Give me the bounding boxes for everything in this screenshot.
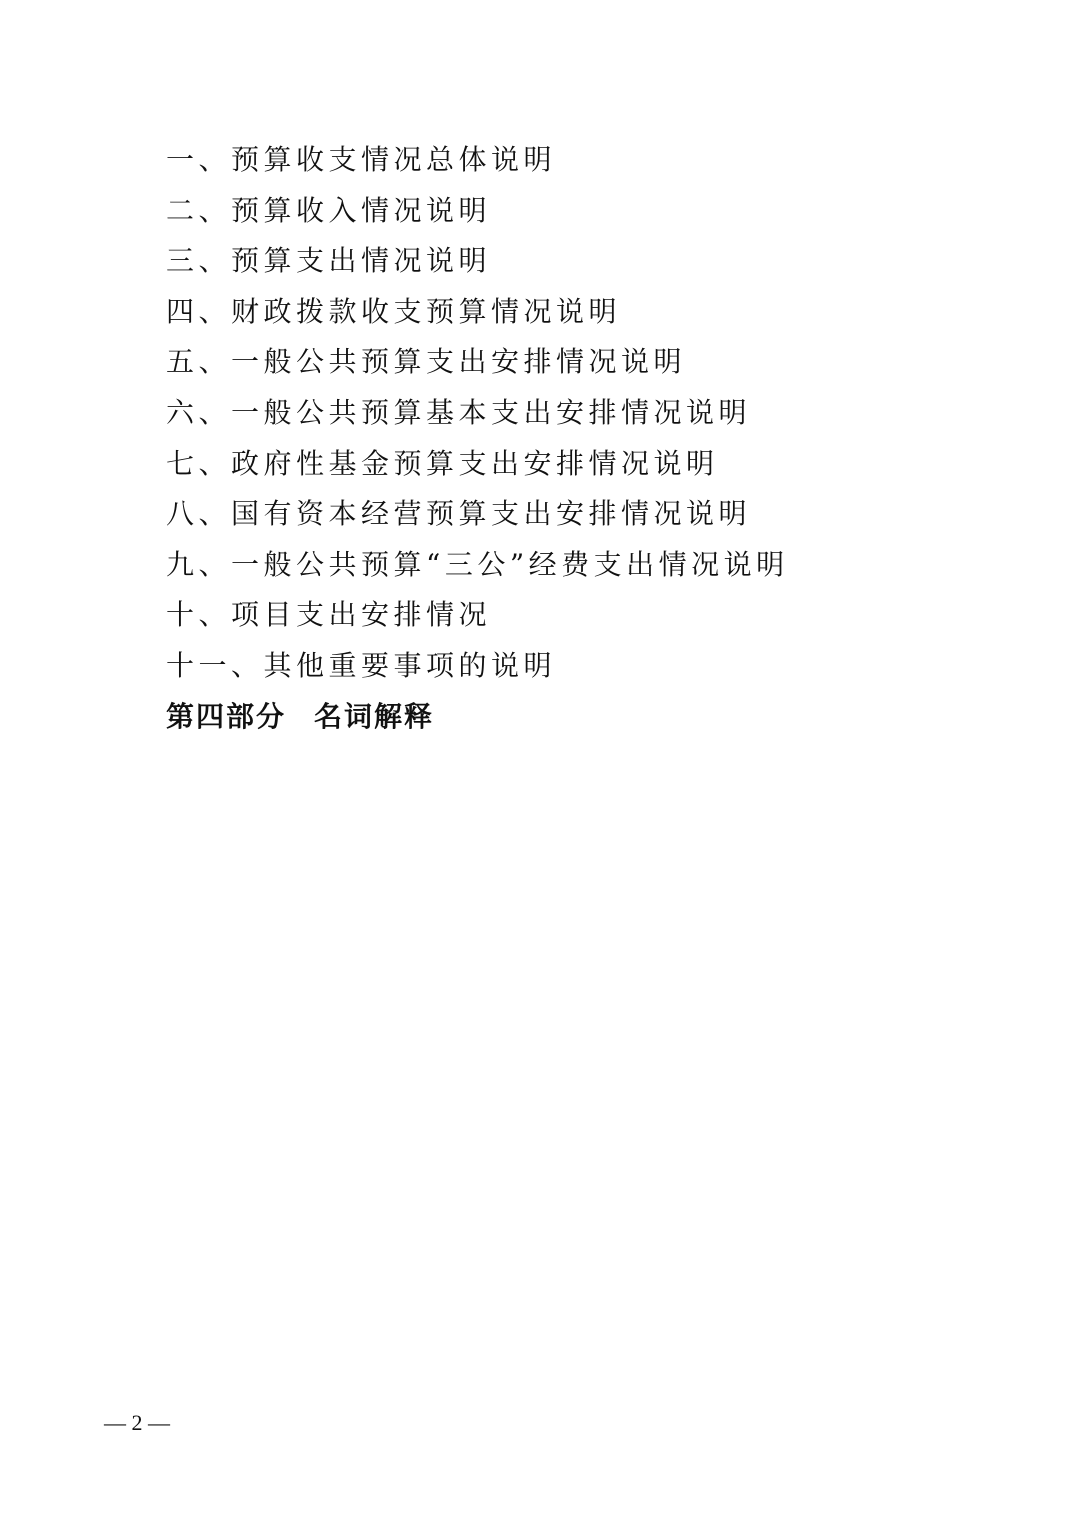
toc-item-11: 十一、其他重要事项的说明	[166, 644, 789, 695]
toc-item-8: 八、国有资本经营预算支出安排情况说明	[166, 492, 789, 543]
page-number: — 2 —	[104, 1408, 170, 1438]
toc-item-1: 一、预算收支情况总体说明	[166, 138, 789, 189]
toc-item-4: 四、财政拨款收支预算情况说明	[166, 290, 789, 341]
toc-item-10: 十、项目支出安排情况	[166, 593, 789, 644]
toc-item-2: 二、预算收入情况说明	[166, 189, 789, 240]
part-heading: 第四部分名词解释	[166, 695, 789, 746]
toc-item-7: 七、政府性基金预算支出安排情况说明	[166, 442, 789, 493]
toc-item-9: 九、一般公共预算“三公”经费支出情况说明	[166, 543, 789, 594]
part-number: 第四部分	[166, 700, 286, 733]
toc-item-3: 三、预算支出情况说明	[166, 239, 789, 290]
part-title: 名词解释	[314, 700, 434, 733]
table-of-contents: 一、预算收支情况总体说明 二、预算收入情况说明 三、预算支出情况说明 四、财政拨…	[166, 138, 789, 745]
toc-item-5: 五、一般公共预算支出安排情况说明	[166, 340, 789, 391]
toc-item-6: 六、一般公共预算基本支出安排情况说明	[166, 391, 789, 442]
